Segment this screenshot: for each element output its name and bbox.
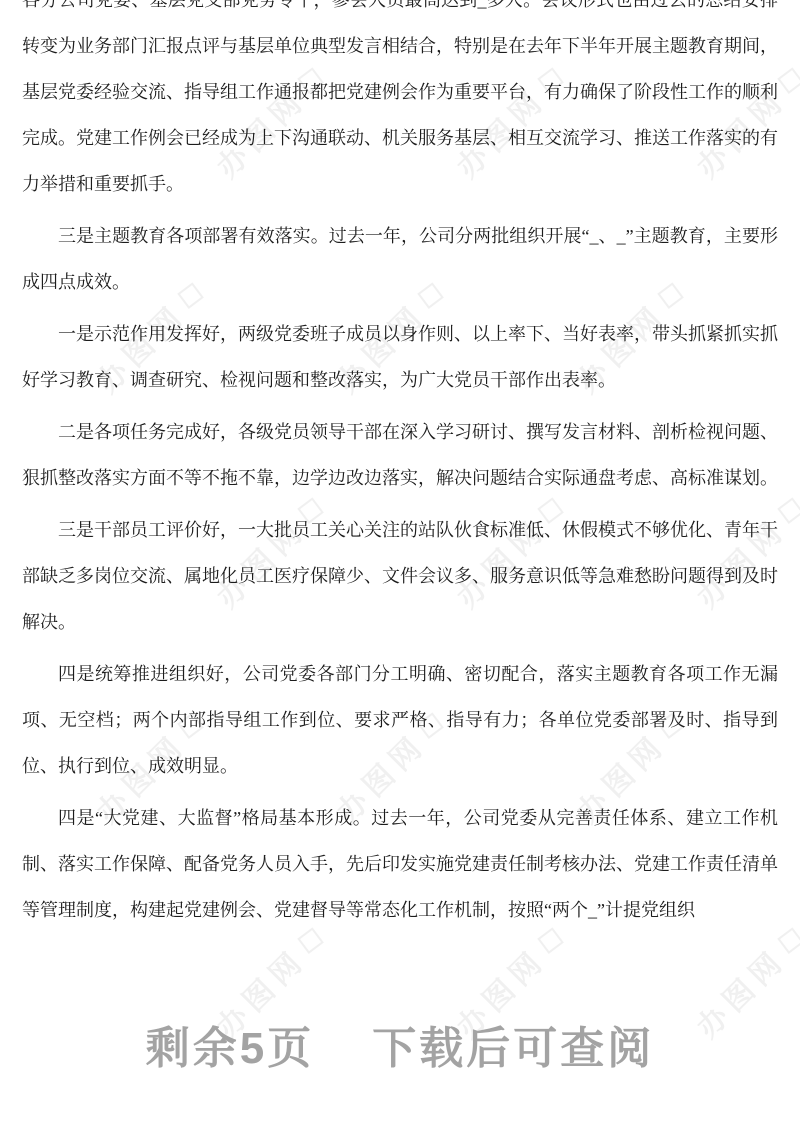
remaining-pages-label: 剩余5页 [146, 1024, 314, 1073]
download-hint-label: 下载后可查阅 [372, 1024, 654, 1073]
paragraph: 四是“大党建、大监督”格局基本形成。过去一年，公司党委从完善责任体系、建立工作机… [22, 795, 778, 933]
paragraph: 三是主题教育各项部署有效落实。过去一年，公司分两批组织开展“_、_”主题教育，主… [22, 213, 778, 305]
paragraph: 二是各项任务完成好，各级党员领导干部在深入学习研讨、撰写发言材料、剖析检视问题、… [22, 409, 778, 501]
watermark-logo-icon [777, 497, 800, 524]
paragraph: 三是干部员工评价好，一大批员工关心关注的站队伙食标准低、休假模式不够优化、青年干… [22, 507, 778, 645]
document-preview-page: 办图网办图网办图网办图网办图网办图网办图网办图网办图网办图网办图网办图网办图网办… [0, 0, 800, 1121]
watermark-logo-icon [777, 67, 800, 94]
paragraph: 各分公司党委、基层党支部党务专干，参会人员最高达到_多人。会议形式也由过去的总结… [22, 0, 778, 207]
paragraph: 四是统筹推进组织好，公司党委各部门分工明确、密切配合，落实主题教育各项工作无漏项… [22, 651, 778, 789]
pages-remaining-notice: 剩余5页下载后可查阅 [0, 1012, 800, 1076]
document-body: 各分公司党委、基层党支部党务专干，参会人员最高达到_多人。会议形式也由过去的总结… [22, 0, 778, 956]
watermark-logo-icon [777, 927, 800, 954]
paragraph: 一是示范作用发挥好，两级党委班子成员以身作则、以上率下、当好表率，带头抓紧抓实抓… [22, 311, 778, 403]
